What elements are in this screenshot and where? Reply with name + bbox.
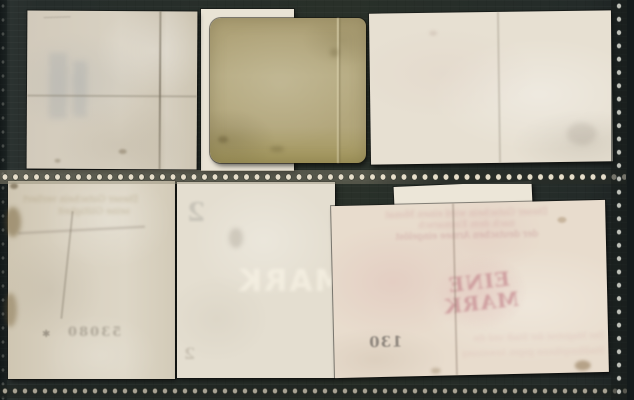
stain bbox=[55, 159, 61, 163]
stain bbox=[429, 31, 437, 36]
fold-crease bbox=[337, 18, 339, 163]
smudge bbox=[567, 123, 597, 145]
ghost-serial-mark: ✱ bbox=[42, 329, 50, 340]
ghost-serial-number: 130 bbox=[368, 333, 403, 352]
note-bottom-left: Dieser Gutschein verliert seine Gültigke… bbox=[8, 181, 175, 379]
stitches bbox=[0, 170, 626, 184]
ghost-digit-2-top: 2 bbox=[187, 198, 205, 228]
pencil-scribble: ﹏﹏﹏ bbox=[43, 6, 70, 20]
photo-of-banknote-album: ﹏﹏﹏ Dieser Gutschein verliert seine Gült… bbox=[0, 0, 634, 400]
fold-crease bbox=[159, 11, 162, 169]
ghost-serial-number: 53080 bbox=[66, 325, 121, 340]
stain bbox=[5, 207, 21, 237]
middle-stitch-seam bbox=[0, 170, 626, 184]
gray-streak bbox=[49, 53, 67, 119]
stain bbox=[218, 136, 228, 143]
stitches bbox=[611, 0, 627, 400]
smudge bbox=[229, 228, 243, 248]
ghost-footer-line: Stadthauptkasse gegen Anweisung bbox=[409, 346, 604, 359]
ghost-footer-line: Der Magistrat der Stadt und die bbox=[409, 331, 604, 344]
stitches bbox=[0, 385, 634, 398]
ghost-header-line: der deutschen Armee eingelöst bbox=[362, 229, 572, 244]
album-right-edge bbox=[627, 0, 634, 400]
stain bbox=[575, 360, 591, 370]
ghost-text-line: Dieser Gutschein verliert bbox=[38, 195, 138, 205]
crease bbox=[18, 226, 145, 235]
crease bbox=[60, 211, 73, 319]
stain bbox=[330, 48, 339, 57]
note-top-right bbox=[369, 10, 613, 164]
gray-streak bbox=[73, 61, 87, 117]
ghost-eine-mark-seal: EINE MARK bbox=[426, 248, 534, 338]
note-top-middle bbox=[210, 18, 366, 163]
ghost-header-line: Dieser Gutschein wird einen Monat bbox=[351, 206, 581, 221]
stain bbox=[557, 217, 566, 223]
stain bbox=[431, 368, 441, 374]
right-stitch-seam bbox=[611, 0, 627, 400]
ghost-header-line: nach dem Einmarsch bbox=[381, 218, 551, 232]
bottom-stitch-seam bbox=[0, 385, 634, 398]
ghost-text-line: seine Gültigkeit bbox=[50, 207, 130, 217]
ghost-word-mark: MARK bbox=[237, 264, 335, 299]
note-top-left: ﹏﹏﹏ bbox=[27, 11, 198, 170]
note-bottom-middle: 2 MARK 2 bbox=[177, 182, 335, 378]
left-stitch-seam bbox=[0, 0, 7, 400]
fold-crease bbox=[497, 12, 501, 163]
note-bottom-right: Dieser Gutschein wird einen Monat nach d… bbox=[331, 200, 609, 378]
ghost-digit-2-bottom: 2 bbox=[184, 344, 195, 363]
ghost-mark: MARK bbox=[442, 289, 520, 318]
stain bbox=[119, 149, 127, 154]
stitches bbox=[0, 0, 7, 400]
stain bbox=[270, 146, 284, 152]
